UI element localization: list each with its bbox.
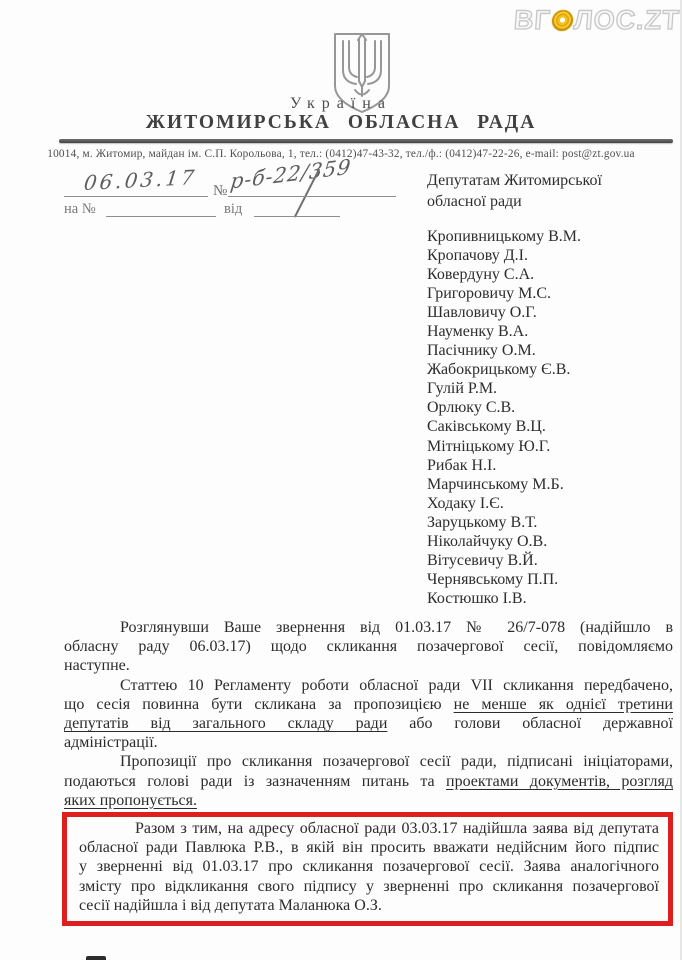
text-segment: або голови обласної державної	[387, 715, 673, 732]
recipient-row: Вітусевичу В.Й.	[427, 551, 679, 570]
text-line: у зверненні від 01.03.17 про скликання п…	[79, 857, 659, 876]
underlined-text-segment: яких пропонується.	[64, 792, 197, 809]
recipients-heading: Депутатам Житомирської обласної ради	[427, 171, 679, 212]
number-underline	[228, 196, 396, 197]
text-segment: що сесія повинна бути скликана за пропоз…	[64, 696, 454, 713]
recipient-row: Шавловичу О.Г.	[427, 303, 679, 322]
recipient-row: Науменку В.А.	[427, 322, 679, 341]
recipient-row: Ковердуну С.А.	[427, 265, 679, 284]
text-segment: адміністрації.	[64, 734, 158, 751]
recipient-row: Кропивницькому В.М.	[427, 227, 679, 246]
text-segment: подаються голові ради із зазначенням пит…	[64, 773, 446, 790]
highlighted-paragraph: Разом з тим, на адресу обласної ради 03.…	[62, 812, 673, 926]
watermark-text-suffix: ЛОС.ZT	[573, 5, 681, 36]
underlined-text-segment: проектами документів, розгляд	[446, 773, 673, 790]
reply-from-underline	[254, 216, 340, 217]
text-segment: наступне.	[64, 657, 130, 674]
recipient-row: Костюшко І.В.	[427, 589, 679, 608]
recipient-row: Рибак Н.І.	[427, 456, 679, 475]
recipients-block: Депутатам Житомирської обласної ради Кро…	[427, 171, 679, 608]
date-underline	[64, 196, 208, 197]
recipient-row: Кропачову Д.І.	[427, 246, 679, 265]
text-segment: змісту про відкликання свого підпису у з…	[79, 878, 659, 895]
recipient-row: Заруцькому В.Т.	[427, 513, 679, 532]
text-line: Пропозиції про скликання позачергової се…	[64, 752, 673, 771]
watermark-text-prefix: ВГ	[513, 5, 552, 36]
recipient-row: Орлюку С.В.	[427, 398, 679, 417]
recipient-row: Саківському В.Ц.	[427, 417, 679, 436]
underlined-text-segment: депутатів від загального складу ради	[64, 715, 387, 732]
scan-corner-mark	[86, 956, 106, 960]
text-line: яких пропонується.	[64, 791, 673, 810]
text-line: Разом з тим, на адресу обласної ради 03.…	[79, 819, 659, 838]
text-line: обласну раду 06.03.17) щодо скликання по…	[64, 637, 673, 656]
recipient-row: Мітніцькому Ю.Г.	[427, 437, 679, 456]
reply-from-label: від	[224, 201, 242, 218]
text-line: депутатів від загального складу ради або…	[64, 714, 673, 733]
text-line: Статтею 10 Регламенту роботи обласної ра…	[64, 676, 673, 695]
text-line: сесії надійшла і від депутата Маланюка О…	[79, 896, 659, 915]
text-segment: Пропозиції про скликання позачергової се…	[120, 753, 673, 770]
recipient-row: Гулій Р.М.	[427, 379, 679, 398]
recipient-row: Пасічнику О.М.	[427, 341, 679, 360]
recipients-heading-line2: обласної ради	[427, 192, 679, 213]
recipients-list: Кропивницькому В.М.Кропачову Д.І.Коверду…	[427, 227, 679, 608]
recipient-row: Ніколайчуку О.В.	[427, 532, 679, 551]
text-line: наступне.	[64, 656, 673, 675]
handwritten-number: р-б-22/359	[229, 154, 353, 193]
text-segment: Разом з тим, на адресу обласної ради 03.…	[135, 820, 659, 837]
text-segment: Розглянувши Ваше звернення від 01.03.17 …	[120, 619, 673, 636]
watermark-audio-icon	[551, 10, 573, 31]
text-segment: у зверненні від 01.03.17 про скликання п…	[79, 858, 659, 875]
reply-to-number-label: на №	[64, 201, 96, 218]
text-line: обласної ради Павлюка Р.В., в якій він п…	[79, 838, 659, 857]
text-line: адміністрації.	[64, 733, 673, 752]
paragraph: Пропозиції про скликання позачергової се…	[64, 752, 673, 810]
recipient-row: Ходаку І.Є.	[427, 494, 679, 513]
recipients-heading-line1: Депутатам Житомирської	[427, 171, 679, 192]
organization-name: ЖИТОМИРСЬКА ОБЛАСНА РАДА	[0, 112, 682, 134]
text-line: змісту про відкликання свого підпису у з…	[79, 877, 659, 896]
paragraph: Розглянувши Ваше звернення від 01.03.17 …	[64, 618, 673, 676]
scanned-letter-page: ВГЛОС.ZT Україна ЖИТОМИРСЬКА ОБЛАСНА РАД…	[0, 0, 682, 960]
letter-body: Розглянувши Ваше звернення від 01.03.17 …	[64, 618, 673, 926]
text-segment: Статтею 10 Регламенту роботи обласної ра…	[120, 677, 673, 694]
watermark-logo: ВГЛОС.ZT	[513, 5, 681, 36]
text-line: Розглянувши Ваше звернення від 01.03.17 …	[64, 618, 673, 637]
text-segment: обласну раду 06.03.17) щодо скликання по…	[64, 638, 673, 655]
handwritten-date: 06.03.17	[83, 165, 199, 195]
header-divider	[59, 139, 673, 143]
text-line: подаються голові ради із зазначенням пит…	[64, 772, 673, 791]
text-segment: обласної ради Павлюка Р.В., в якій він п…	[79, 839, 659, 856]
text-segment: сесії надійшла і від депутата Маланюка О…	[79, 897, 382, 914]
underlined-text-segment: не менше як однієї третини	[454, 696, 673, 713]
recipient-row: Марчинському М.Б.	[427, 475, 679, 494]
paragraph: Статтею 10 Регламенту роботи обласної ра…	[64, 676, 673, 753]
recipient-row: Григоровичу М.С.	[427, 284, 679, 303]
country-name: Україна	[0, 95, 682, 113]
number-label: №	[213, 183, 227, 200]
recipient-row: Жабокрицькому Є.В.	[427, 360, 679, 379]
recipient-row: Чернявському П.П.	[427, 570, 679, 589]
text-line: що сесія повинна бути скликана за пропоз…	[64, 695, 673, 714]
reply-to-number-underline	[106, 216, 216, 217]
